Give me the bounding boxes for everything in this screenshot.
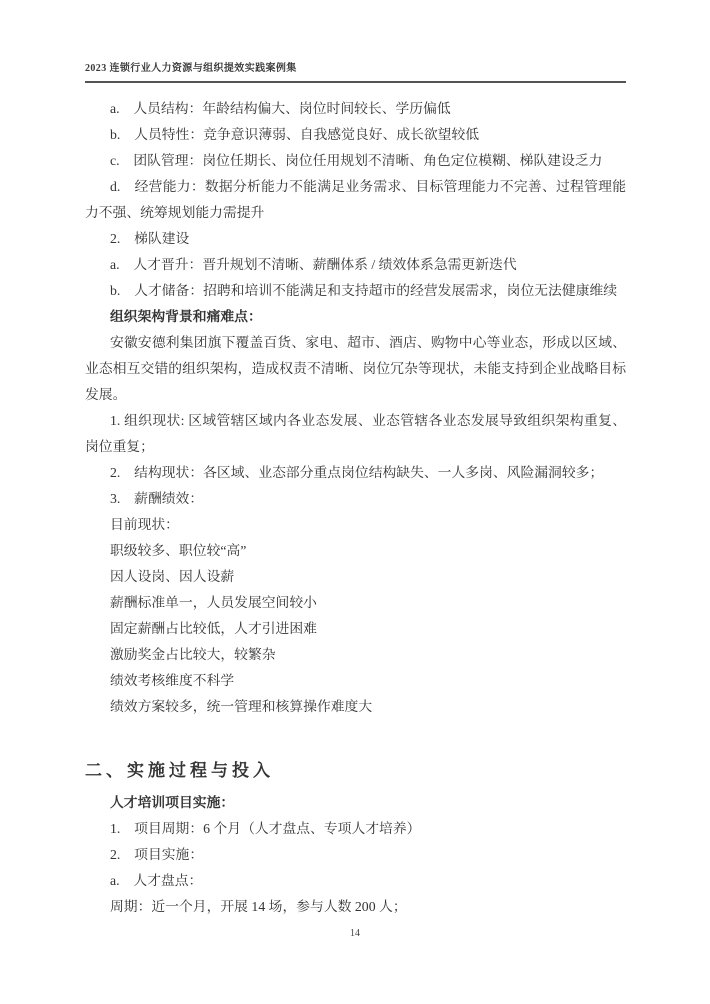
paragraph: a. 人才盘点： xyxy=(85,868,626,894)
paragraph: 3. 薪酬绩效： xyxy=(85,486,626,512)
paragraph-bold-label: 人才培训项目实施： xyxy=(85,790,626,816)
paragraph: b. 人员特性：竞争意识薄弱、自我感觉良好、成长欲望较低 xyxy=(85,122,626,148)
paragraph: 安徽安德利集团旗下覆盖百货、家电、超市、酒店、购物中心等业态，形成以区域、业态相… xyxy=(85,330,626,408)
paragraph: 因人设岗、因人设薪 xyxy=(85,564,626,590)
paragraph: d. 经营能力：数据分析能力不能满足业务需求、目标管理能力不完善、过程管理能力不… xyxy=(85,174,626,226)
paragraph: 目前现状： xyxy=(85,512,626,538)
document-page: 2023 连锁行业人力资源与组织提效实践案例集 a. 人员结构：年龄结构偏大、岗… xyxy=(0,0,710,1004)
paragraph: 绩效方案较多，统一管理和核算操作难度大 xyxy=(85,694,626,720)
page-header-title: 2023 连锁行业人力资源与组织提效实践案例集 xyxy=(85,59,297,74)
paragraph: 1. 项目周期：6 个月（人才盘点、专项人才培养） xyxy=(85,816,626,842)
paragraph: 固定薪酬占比较低，人才引进困难 xyxy=(85,616,626,642)
paragraph: 2. 项目实施： xyxy=(85,842,626,868)
paragraph: a. 人员结构：年龄结构偏大、岗位时间较长、学历偏低 xyxy=(85,96,626,122)
paragraph-bold-label: 组织架构背景和痛难点： xyxy=(85,304,626,330)
paragraph: b. 人才储备：招聘和培训不能满足和支持超市的经营发展需求，岗位无法健康维续 xyxy=(85,278,626,304)
page-footer: 14 xyxy=(0,928,710,939)
paragraph: 绩效考核维度不科学 xyxy=(85,668,626,694)
section-heading: 二、实施过程与投入 xyxy=(85,756,626,786)
header-rule xyxy=(85,81,626,83)
paragraph: 2. 梯队建设 xyxy=(85,226,626,252)
paragraph: 周期：近一个月，开展 14 场，参与人数 200 人； xyxy=(85,894,626,920)
paragraph: c. 团队管理：岗位任期长、岗位任用规划不清晰、角色定位模糊、梯队建设乏力 xyxy=(85,148,626,174)
paragraph: 薪酬标准单一，人员发展空间较小 xyxy=(85,590,626,616)
paragraph: a. 人才晋升：晋升规划不清晰、薪酬体系 / 绩效体系急需更新迭代 xyxy=(85,252,626,278)
paragraph: 2. 结构现状：各区域、业态部分重点岗位结构缺失、一人多岗、风险漏洞较多； xyxy=(85,460,626,486)
document-body: a. 人员结构：年龄结构偏大、岗位时间较长、学历偏低b. 人员特性：竞争意识薄弱… xyxy=(85,96,626,920)
paragraph: 职级较多、职位较“高” xyxy=(85,538,626,564)
paragraph: 激励奖金占比较大，较繁杂 xyxy=(85,642,626,668)
page-number: 14 xyxy=(350,928,360,939)
paragraph: 1. 组织现状: 区域管辖区域内各业态发展、业态管辖各业态发展导致组织架构重复、… xyxy=(85,408,626,460)
